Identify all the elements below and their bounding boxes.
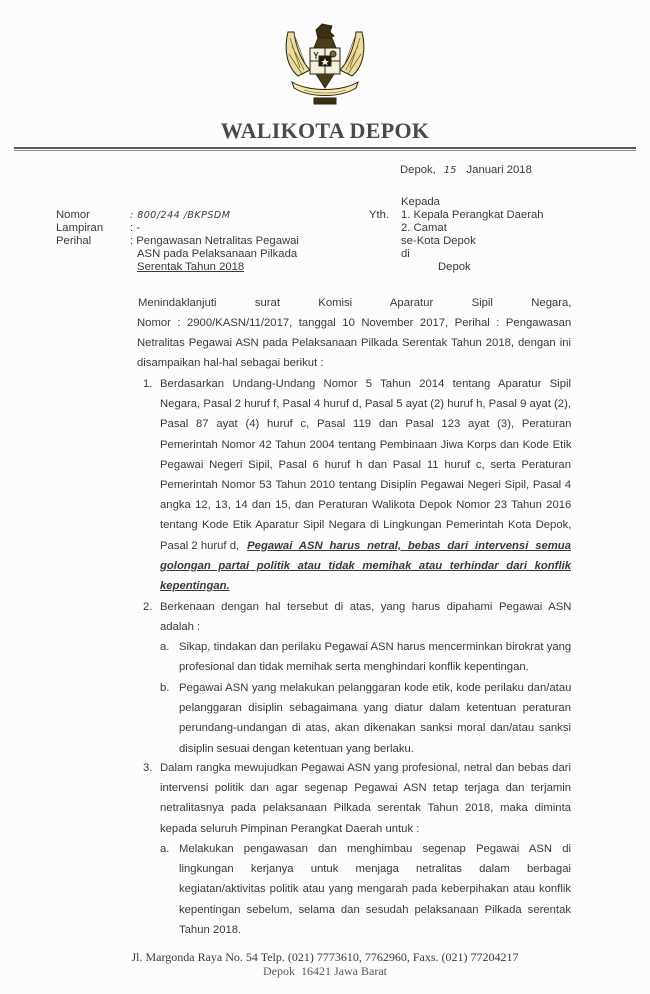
recipient-block: Kepada 1. Kepala Perangkat Daerah 2. Cam… — [401, 196, 544, 274]
label-perihal: Perihal — [56, 235, 103, 248]
emphasis-text: Pegawai ASN harus netral, bebas dari int… — [247, 536, 571, 556]
item-2b-line: pelanggaran disiplin sebagaimana yang di… — [179, 698, 571, 718]
intro-line: Netralitas Pegawai ASN pada Pelaksanaan … — [137, 333, 571, 353]
item-3-line: kepada seluruh Pimpinan Perangkat Daerah… — [160, 819, 571, 839]
value-perihal-line-1: : Pengawasan Netralitas Pegawai — [130, 235, 299, 248]
item-1-line: Pemerintah Nomor 42 Tahun 2004 tentang P… — [160, 435, 571, 455]
recipient-line: se-Kota Depok — [401, 235, 544, 248]
item-2a-line: profesional dan tidak memihak serta meng… — [179, 657, 571, 677]
item-3a-letter: a. — [160, 839, 169, 859]
footer-address: Jl. Margonda Raya No. 54 Telp. (021) 777… — [0, 950, 650, 965]
intro-first-line-wrap: Menindaklanjuti surat Komisi Aparatur Si… — [138, 293, 571, 313]
garuda-emblem-icon — [280, 18, 370, 110]
recipient-line: 1. Kepala Perangkat Daerah — [401, 209, 544, 222]
item-3a-paragraph: Melakukan pengawasan dan menghimbau sege… — [179, 839, 571, 940]
item-1-line: Pegawai Negeri Sipil, Pasal 6 huruf h da… — [160, 455, 571, 475]
item-2-line: adalah : — [160, 617, 571, 637]
item-3a-line: lingkungan kerjanya untuk menjaga netral… — [179, 859, 571, 879]
value-lampiran: : - — [130, 222, 299, 235]
letterhead-divider — [14, 147, 636, 152]
item-2a-line: Sikap, tindakan dan perilaku Pegawai ASN… — [179, 637, 571, 657]
item-3-number: 3. — [143, 758, 152, 778]
item-2b-line: perundang-undangan di atas, akan dikenak… — [179, 718, 571, 738]
emphasis-text: golongan partai politik atau tidak memih… — [160, 556, 571, 576]
intro-paragraph: Nomor : 2900/KASN/11/2017, tanggal 10 No… — [137, 313, 571, 374]
item-1-line: tentang Kode Etik Aparatur Sipil Negara … — [160, 515, 571, 535]
value-nomor: : 800/244 /BKPSDM — [130, 209, 299, 222]
item-1-line: Negara, Pasal 2 huruf f, Pasal 4 huruf d… — [160, 394, 571, 414]
emphasis-text: kepentingan. — [160, 580, 230, 592]
item-1-line: Pemerintah Nomor 53 Tahun 2010 tentang D… — [160, 475, 571, 495]
intro-line: Nomor : 2900/KASN/11/2017, tanggal 10 No… — [137, 313, 571, 333]
yth-label: Yth. — [369, 209, 389, 222]
intro-line: Menindaklanjuti surat Komisi Aparatur Si… — [138, 293, 571, 313]
date-place: Depok, — [400, 164, 436, 176]
item-3-paragraph: Dalam rangka mewujudkan Pegawai ASN yang… — [160, 758, 571, 839]
recipient-line: Kepada — [401, 196, 544, 209]
item-2-line: Berkenaan dengan hal tersebut di atas, y… — [160, 597, 571, 617]
item-1-line: Berdasarkan Undang-Undang Nomor 5 Tahun … — [160, 374, 571, 394]
item-3a-line: Tahun 2018. — [179, 920, 571, 940]
item-3a-line: kegiatan/aktivitas politik atau yang men… — [179, 879, 571, 899]
item-3-line: netralitasnya pada pelaksanaan Pilkada s… — [160, 798, 571, 818]
letter-date: Depok,15Januari 2018 — [400, 164, 532, 177]
item-2a-paragraph: Sikap, tindakan dan perilaku Pegawai ASN… — [179, 637, 571, 677]
intro-line: disampaikan hal-hal sebagai berikut : — [137, 353, 571, 373]
item-1-line: angka 12, 13, 14 dan 15, dan Peraturan W… — [160, 495, 571, 515]
footer-city: Depok 16421 Jawa Barat — [0, 964, 650, 979]
date-day-handwritten: 15 — [444, 165, 457, 176]
item-2a-letter: a. — [160, 637, 169, 657]
date-month-year: Januari 2018 — [467, 164, 532, 176]
item-2b-line: Pegawai ASN yang melakukan pelanggaran k… — [179, 678, 571, 698]
value-perihal-line-3: Serentak Tahun 2018 — [137, 261, 244, 273]
item-3-line: intervensi politik dan agar segenap Pega… — [160, 778, 571, 798]
letterhead-title: WALIKOTA DEPOK — [0, 118, 650, 144]
item-1-line: Pasal 87 ayat (4) huruf c, Pasal 119 dan… — [160, 414, 571, 434]
item-1-line-9-prefix: Pasal 2 huruf d, — [160, 536, 239, 556]
item-2b-paragraph: Pegawai ASN yang melakukan pelanggaran k… — [179, 678, 571, 759]
item-2-paragraph: Berkenaan dengan hal tersebut di atas, y… — [160, 597, 571, 637]
recipient-line: di — [401, 248, 544, 261]
item-1-number: 1. — [143, 374, 152, 394]
item-1-paragraph: Berdasarkan Undang-Undang Nomor 5 Tahun … — [160, 374, 571, 596]
item-1-line-9: Pasal 2 huruf d, Pegawai ASN harus netra… — [160, 536, 571, 556]
label-lampiran: Lampiran — [56, 222, 103, 235]
item-2-number: 2. — [143, 597, 152, 617]
value-perihal-line-2: ASN pada Pelaksanaan Pilkada — [130, 248, 299, 261]
meta-labels: Nomor Lampiran Perihal — [56, 209, 103, 248]
item-3a-line: Melakukan pengawasan dan menghimbau sege… — [179, 839, 571, 859]
item-2b-line: disiplin sesuai dengan ketentuan yang be… — [179, 739, 571, 759]
recipient-line: Depok — [401, 261, 544, 274]
item-3-line: Dalam rangka mewujudkan Pegawai ASN yang… — [160, 758, 571, 778]
item-3a-line: kepentingan sebelum, selama dan sesudah … — [179, 900, 571, 920]
recipient-line: 2. Camat — [401, 222, 544, 235]
meta-values: : 800/244 /BKPSDM : - : Pengawasan Netra… — [130, 209, 299, 274]
item-2b-letter: b. — [160, 678, 169, 698]
label-nomor: Nomor — [56, 209, 103, 222]
